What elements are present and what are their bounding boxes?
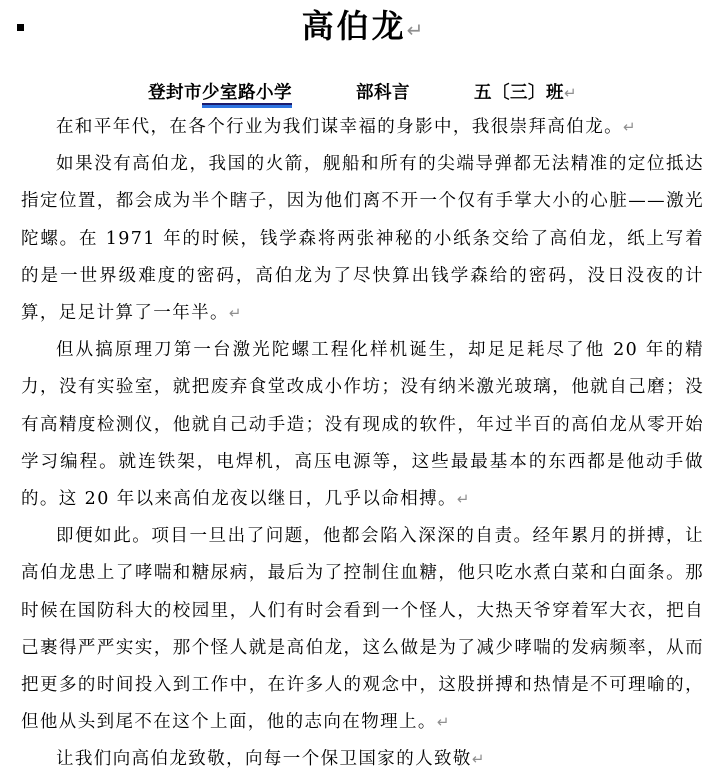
document-page[interactable]: 高伯龙↵ 登封市少室路小学 部科言 五〔三〕班↵ 在和平年代，在各个行业为我们谋… xyxy=(0,0,725,777)
paragraph-5[interactable]: 让我们向高伯龙致敬，向每一个保卫国家的人致敬↵ xyxy=(21,741,704,777)
paragraph-return-icon: ↵ xyxy=(437,713,450,731)
school-underlined-text[interactable]: 少室路小学 xyxy=(202,83,292,105)
paragraph-return-icon: ↵ xyxy=(564,84,577,102)
paragraph-return-icon: ↵ xyxy=(407,18,424,42)
object-anchor-marker-icon xyxy=(17,24,24,31)
paragraph-return-icon: ↵ xyxy=(623,118,636,136)
paragraph-2[interactable]: 如果没有高伯龙，我国的火箭，舰船和所有的尖端导弹都无法精准的定位抵达指定位置，都… xyxy=(21,146,704,332)
document-body[interactable]: 在和平年代，在各个行业为我们谋幸福的身影中，我很崇拜高伯龙。↵ 如果没有高伯龙，… xyxy=(21,109,704,777)
document-title[interactable]: 高伯龙↵ xyxy=(0,0,725,51)
school-prefix: 登封市 xyxy=(148,83,202,103)
paragraph-text: 在和平年代，在各个行业为我们谋幸福的身影中，我很崇拜高伯龙。 xyxy=(56,117,623,137)
class-text: 五〔三〕班 xyxy=(474,83,564,103)
paragraph-return-icon: ↵ xyxy=(472,750,485,768)
author-name[interactable]: 部科言 xyxy=(356,81,410,105)
paragraph-text: 但从搞原理刀第一台激光陀螺工程化样机诞生，却足足耗尽了他 20 年的精力，没有实… xyxy=(21,340,704,509)
paragraph-4[interactable]: 即便如此。项目一旦出了问题，他都会陷入深深的自责。经年累月的拼搏，让高伯龙患上了… xyxy=(21,518,704,741)
school-name[interactable]: 登封市少室路小学 xyxy=(148,81,292,105)
paragraph-1[interactable]: 在和平年代，在各个行业为我们谋幸福的身影中，我很崇拜高伯龙。↵ xyxy=(21,109,704,146)
paragraph-text: 即便如此。项目一旦出了问题，他都会陷入深深的自责。经年累月的拼搏，让高伯龙患上了… xyxy=(21,526,704,732)
title-text: 高伯龙 xyxy=(302,7,407,45)
paragraph-text: 让我们向高伯龙致敬，向每一个保卫国家的人致敬 xyxy=(56,749,472,769)
paragraph-return-icon: ↵ xyxy=(457,490,470,508)
paragraph-3[interactable]: 但从搞原理刀第一台激光陀螺工程化样机诞生，却足足耗尽了他 20 年的精力，没有实… xyxy=(21,332,704,518)
byline: 登封市少室路小学 部科言 五〔三〕班↵ xyxy=(0,81,725,105)
paragraph-return-icon: ↵ xyxy=(229,304,242,322)
class-name[interactable]: 五〔三〕班↵ xyxy=(474,81,577,105)
paragraph-text: 如果没有高伯龙，我国的火箭，舰船和所有的尖端导弹都无法精准的定位抵达指定位置，都… xyxy=(21,154,704,323)
